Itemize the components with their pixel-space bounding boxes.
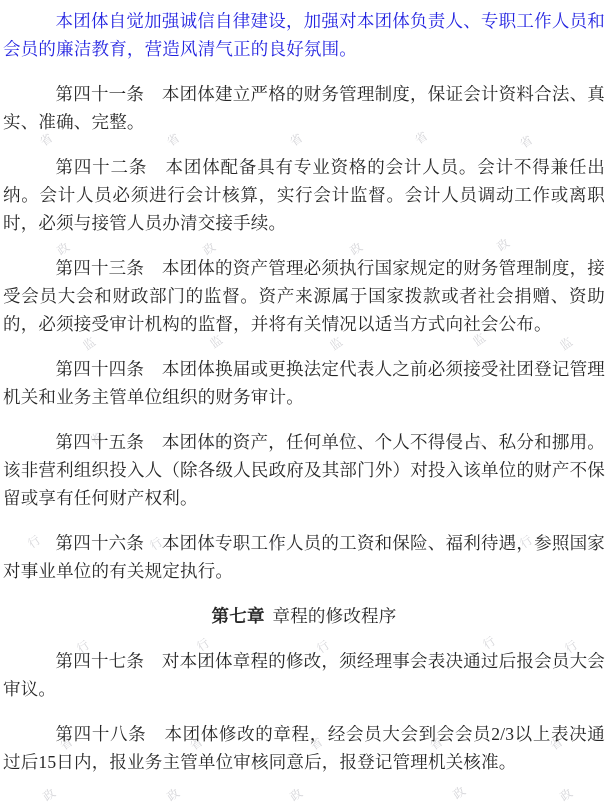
chapter-number: 第七章 bbox=[212, 606, 265, 626]
paragraph-article-47: 第四十七条 对本团体章程的修改，须经理事会表决通过后报会员大会审议。 bbox=[3, 647, 605, 703]
paragraph-article-48: 第四十八条 本团体修改的章程，经会员大会到会会员2/3以上表决通过后15日内，报… bbox=[3, 720, 605, 776]
paragraph-article-44: 第四十四条 本团体换届或更换法定代表人之前必须接受社团登记管理机关和业务主管单位… bbox=[3, 355, 605, 411]
paragraph-article-43: 第四十三条 本团体的资产管理必须执行国家规定的财务管理制度，接受会员大会和财政部… bbox=[3, 254, 605, 338]
watermark-tile: 政 bbox=[286, 784, 306, 803]
document-content: 本团体自觉加强诚信自律建设，加强对本团体负责人、专职工作人员和会员的廉洁教育，营… bbox=[0, 0, 609, 776]
chapter-heading: 第七章章程的修改程序 bbox=[3, 602, 605, 630]
paragraph-intro-integrity: 本团体自觉加强诚信自律建设，加强对本团体负责人、专职工作人员和会员的廉洁教育，营… bbox=[3, 7, 605, 63]
paragraph-article-46: 第四十六条 本团体专职工作人员的工资和保险、福利待遇，参照国家对事业单位的有关规… bbox=[3, 529, 605, 585]
watermark-tile: 政 bbox=[449, 782, 469, 803]
paragraph-article-45: 第四十五条 本团体的资产，任何单位、个人不得侵占、私分和挪用。该非营利组织投入人… bbox=[3, 428, 605, 512]
paragraph-article-42: 第四十二条 本团体配备具有专业资格的会计人员。会计不得兼任出纳。会计人员必须进行… bbox=[3, 153, 605, 237]
watermark-tile: 政 bbox=[556, 784, 576, 803]
watermark-tile: 政 bbox=[163, 784, 183, 803]
paragraph-article-41: 第四十一条 本团体建立严格的财务管理制度，保证会计资料合法、真实、准确、完整。 bbox=[3, 80, 605, 136]
watermark-tile: 政 bbox=[39, 784, 59, 803]
chapter-title: 章程的修改程序 bbox=[273, 606, 397, 626]
document-page: 省省省省省政政政政监监监监监省省省省省行行行行行行行行行行省省省省省政政政政政 … bbox=[0, 0, 609, 803]
